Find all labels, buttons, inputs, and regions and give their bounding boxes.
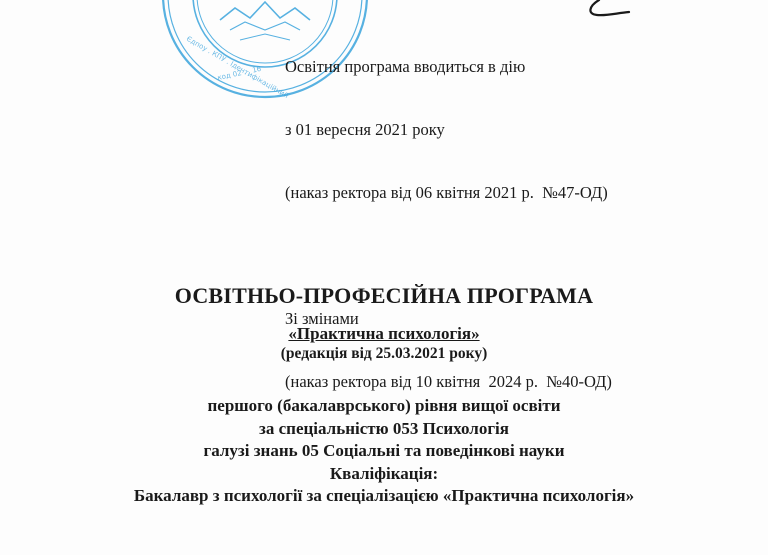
qualification: Бакалавр з психології за спеціалізацією … [0, 485, 768, 508]
knowledge-field: галузі знань 05 Соціальні та поведінкові… [0, 440, 768, 463]
enactment-order: (наказ ректора від 06 квітня 2021 р. №47… [285, 182, 612, 203]
enactment-line: Освітня програма вводиться в дію [285, 56, 612, 77]
program-name: «Практична психологія» [0, 324, 768, 344]
enactment-date: з 01 вересня 2021 року [285, 119, 612, 140]
enactment-block: Освітня програма вводиться в дію з 01 ве… [285, 14, 612, 434]
spacer [285, 245, 612, 266]
specialty: за спеціальністю 053 Психологія [0, 418, 768, 441]
document-page: Єдпоу . КПУ . Ідентифікаційний код 02 . … [0, 0, 768, 555]
program-title: ОСВІТНЬО-ПРОФЕСІЙНА ПРОГРАМА [0, 283, 768, 309]
program-details: першого (бакалаврського) рівня вищої осв… [0, 395, 768, 508]
education-level: першого (бакалаврського) рівня вищої осв… [0, 395, 768, 418]
amendment-order: (наказ ректора від 10 квітня 2024 р. №40… [285, 371, 612, 392]
program-edition: (редакція від 25.03.2021 року) [0, 345, 768, 363]
qualification-label: Кваліфікація: [0, 463, 768, 486]
